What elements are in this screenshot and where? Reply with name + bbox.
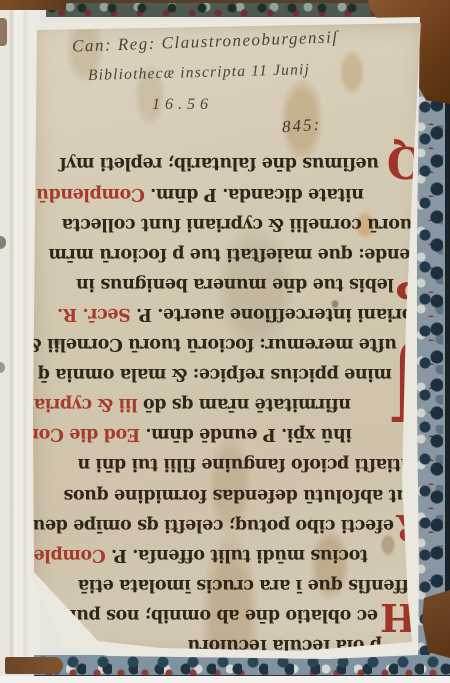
- body-text: ec oblatio dn̄e ab omnib; nos purget: [38, 605, 378, 625]
- leather-corner-top-left: [0, 0, 66, 10]
- manuscript-photo: Can: Reg: Claustroneoburgensiſ Bibliothe…: [0, 0, 450, 683]
- inscription-line-1: Can: Reg: Claustroneoburgensiſ: [72, 27, 339, 56]
- manuscript-line: Plebis tue dn̄e munera benignus in: [32, 269, 424, 299]
- rubric-text: Secr̄. R.: [57, 304, 130, 324]
- manuscript-line: priani interceſſione auerte. P. Secr̄. R…: [32, 299, 424, 329]
- manuscript-line: ſatiaſti pcioſo ſanguine filii tui dn̄i …: [32, 449, 424, 479]
- marbled-paper-bottom-strip: [34, 655, 450, 677]
- inscription-year: 16.56: [152, 96, 213, 114]
- gothic-text-block: p oīa ſecula ſeculorūHec oblatio dn̄e ab…: [32, 142, 424, 675]
- body-text: nitate dicanda. P dn̄m.: [145, 184, 364, 204]
- manuscript-line: tende: que maieſtati tue p ſociorū mr̄m: [32, 239, 424, 269]
- manuscript-line: Hec oblatio dn̄e ab omnib; nos purget: [32, 600, 424, 630]
- inscription-line-2: Bibliothecæ inscripta 11 Junij: [88, 61, 311, 85]
- leather-corner-bottom-left: [5, 657, 63, 674]
- manuscript-line: ut abſolutū defendas formidine quos: [32, 479, 424, 509]
- rubric-text: Complendū: [37, 184, 145, 204]
- manuscript-line: offenſis que ī ara crucis īmolata etiā: [32, 570, 424, 600]
- body-text: tocius mūdi tulit offenſa. P.: [106, 545, 368, 565]
- body-text: uſte meremur: ſociorū tuorū Cornelii & c…: [1, 334, 397, 354]
- body-text: nfirmitatē nr̄am qs dō: [138, 394, 351, 414]
- manuscript-line: Refecti cibo potuq; celeſti qs omīpe deu…: [32, 510, 424, 540]
- body-text: lebis tue dn̄e munera benignus in: [76, 274, 394, 294]
- body-text: tuorū cornelii & cypriani ſunt collecta: [62, 214, 420, 234]
- marbled-paper-top-strip: [46, 3, 402, 17]
- manuscript-line: mine ppicius reſpice: & mala omnia q̄ i: [32, 359, 424, 389]
- manuscript-line: tuorū cornelii & cypriani ſunt collecta: [32, 209, 424, 239]
- manuscript-line: Jnfirmitatē nr̄am qs dō lii & cypriani: [32, 389, 424, 419]
- body-text: tende: que maieſtati tue p ſociorū mr̄m: [49, 244, 418, 264]
- manuscript-line: uſte meremur: ſociorū tuorū Cornelii & c…: [32, 329, 424, 359]
- shelfmark: 845:: [281, 115, 321, 138]
- rubric-text: lii & cypriani: [16, 394, 138, 414]
- body-text: ut abſolutū defendas formidine quos: [64, 485, 409, 505]
- body-text: ihū xp̄i. P eundē dn̄m.: [140, 424, 352, 444]
- body-text: ſatiaſti pcioſo ſanguine filii tui dn̄i …: [78, 454, 419, 474]
- body-text: mine ppicius reſpice: & mala omnia q̄ i: [26, 364, 392, 384]
- body-text: ueſimus dn̄e ſalutarib; repleti myſ: [59, 154, 379, 174]
- photo-bottom-band: [0, 676, 450, 683]
- manuscript-line: nitate dicanda. P dn̄m. Complendū: [32, 179, 424, 209]
- rubric-text: Eod die Corn̄: [18, 424, 140, 444]
- manuscript-line: ihū xp̄i. P eundē dn̄m. Eod die Corn̄: [32, 419, 424, 449]
- body-text: priani interceſſione auerte. P.: [131, 304, 414, 324]
- edge-stain: [0, 18, 7, 46]
- parchment-page: Can: Reg: Claustroneoburgensiſ Bibliothe…: [30, 20, 428, 658]
- marbled-paper-right-strip: [417, 5, 450, 678]
- manuscript-line: Queſimus dn̄e ſalutarib; repleti myſ: [32, 148, 424, 178]
- body-text: offenſis que ī ara crucis īmolata etiā: [78, 575, 420, 595]
- body-text: efecti cibo potuq; celeſti qs omīpe deus: [24, 515, 394, 535]
- manuscript-line: tocius mūdi tulit offenſa. P. Complenda: [32, 540, 424, 570]
